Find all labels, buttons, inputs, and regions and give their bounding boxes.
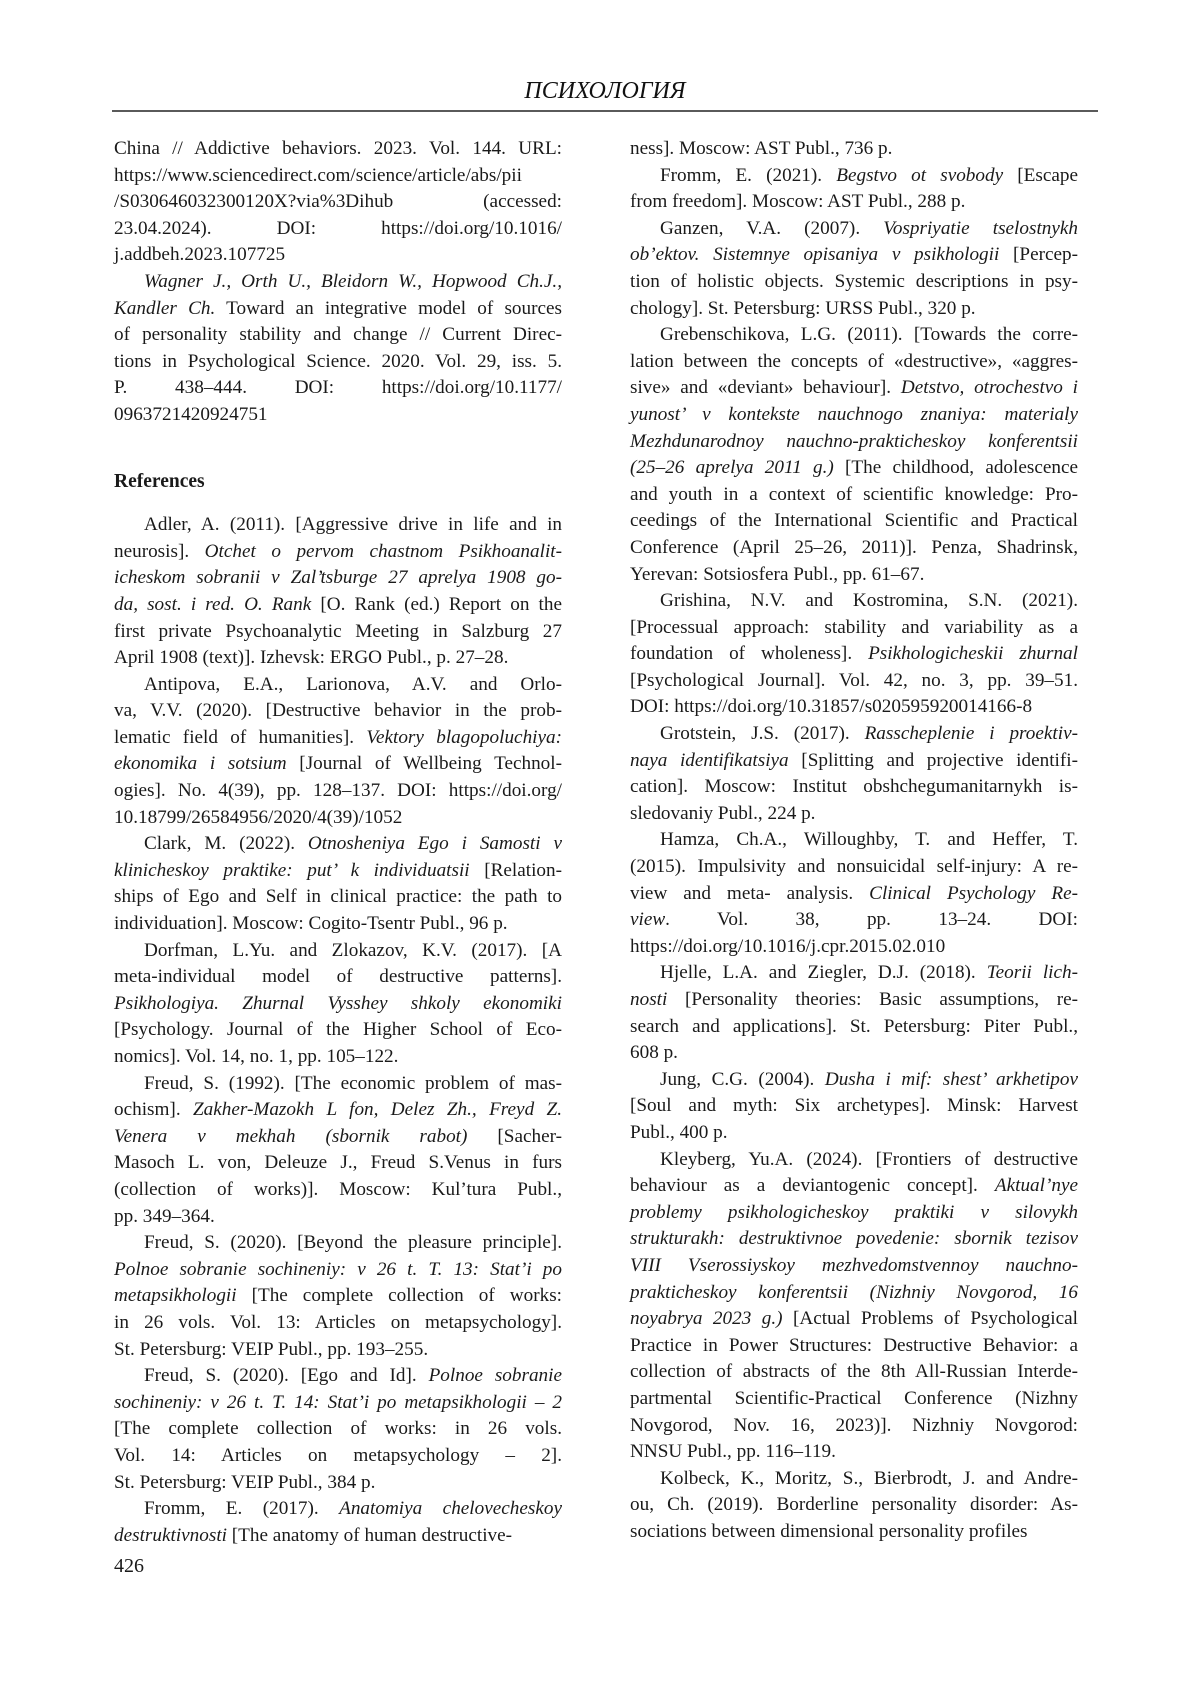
reference-text: Novgorod, Nov. 16, 2023)]. Nizhniy Novgo… (630, 1415, 1078, 1436)
italic-title-text: view (630, 909, 665, 930)
reference-line: Jung, C.G. (2004). Dusha i mif: shest’ a… (630, 1067, 1078, 1094)
reference-line: metapsikhologii [The complete collection… (114, 1283, 562, 1310)
reference-line: Freud, S. (2020). [Beyond the pleasure p… (114, 1230, 562, 1257)
right-column: ness]. Moscow: AST Publ., 736 p.Fromm, E… (630, 136, 1078, 1545)
reference-entry: Grishina, N.V. and Kostromina, S.N. (202… (630, 588, 1078, 721)
reference-line: search and applications]. St. Petersburg… (630, 1014, 1078, 1041)
reference-text: Fromm, E. (2021). (660, 165, 836, 186)
reference-line: cation]. Moscow: Institut obshchegumanit… (630, 774, 1078, 801)
reference-line: St. Petersburg: VEIP Publ., pp. 193–255. (114, 1337, 562, 1364)
reference-line: Masoch L. von, Deleuze J., Freud S.Venus… (114, 1150, 562, 1177)
reference-text: /S030646032300120X?via%3Dihub (accessed: (114, 191, 562, 212)
italic-title-text: Venera v mekhah (sbornik rabot) (114, 1126, 467, 1147)
references-list-left: Adler, A. (2011). [Aggressive drive in l… (114, 512, 562, 1549)
reference-text: search and applications]. St. Petersburg… (630, 1016, 1078, 1037)
reference-text: (2015). Impulsivity and nonsuicidal self… (630, 856, 1078, 877)
reference-text: St. Petersburg: VEIP Publ., pp. 193–255. (114, 1339, 428, 1360)
reference-line: view. Vol. 38, pp. 13–24. DOI: (630, 907, 1078, 934)
reference-line: 608 p. (630, 1040, 1078, 1067)
italic-title-text: VIII Vserossiyskoy mezhvedomstvennoy nau… (630, 1255, 1078, 1276)
reference-text: foundation of wholeness]. (630, 643, 868, 664)
reference-text: j.addbeh.2023.107725 (114, 244, 285, 265)
reference-line: Dorfman, L.Yu. and Zlokazov, K.V. (2017)… (114, 938, 562, 965)
italic-title-text: yunost’ v kontekste nauchnogo znaniya: m… (630, 404, 1078, 425)
reference-text: Toward an integrative model of sources (215, 298, 562, 319)
reference-text: lation between the concepts of «destruct… (630, 351, 1078, 372)
reference-line: collection of abstracts of the 8th All-R… (630, 1359, 1078, 1386)
reference-text: Ganzen, V.A. (2007). (660, 218, 883, 239)
reference-line: Practice in Power Structures: Destructiv… (630, 1333, 1078, 1360)
reference-text: neurosis]. (114, 541, 205, 562)
italic-title-text: Mezhdunarodnoy nauchno-prakticheskoy kon… (630, 431, 1078, 452)
italic-title-text: Psikhologicheskii zhurnal (868, 643, 1078, 664)
reference-text: [Journal of Wellbeing Technol- (287, 753, 562, 774)
reference-text: of personality stability and change // C… (114, 324, 562, 345)
italic-title-text: klinicheskoy praktike: put’ k individuat… (114, 860, 470, 881)
reference-line: Polnoe sobranie sochineniy: v 26 t. T. 1… (114, 1257, 562, 1284)
reference-line: 0963721420924751 (114, 402, 562, 429)
reference-text: St. Petersburg: VEIP Publ., 384 p. (114, 1472, 375, 1493)
reference-text: NNSU Publ., pp. 116–119. (630, 1441, 836, 1462)
italic-title-text: Rasscheplenie i proektiv- (865, 723, 1078, 744)
reference-line: ou, Ch. (2019). Borderline personality d… (630, 1492, 1078, 1519)
reference-text: Clark, M. (2022). (144, 833, 308, 854)
reference-entry: Fromm, E. (2021). Begstvo ot svobody [Es… (630, 163, 1078, 216)
reference-text: in 26 vols. Vol. 13: Articles on metapsy… (114, 1312, 562, 1333)
reference-text: individuation]. Moscow: Cogito-Tsentr Pu… (114, 913, 508, 934)
reference-entry: Adler, A. (2011). [Aggressive drive in l… (114, 512, 562, 672)
reference-line: April 1908 (text)]. Izhevsk: ERGO Publ.,… (114, 645, 562, 672)
reference-line: yunost’ v kontekste nauchnogo znaniya: m… (630, 402, 1078, 429)
reference-entry: Fromm, E. (2017). Anatomiya chelovechesk… (114, 1496, 562, 1549)
reference-line: noyabrya 2023 g.) [Actual Problems of Ps… (630, 1306, 1078, 1333)
reference-text: [The anatomy of human destructive- (227, 1525, 512, 1546)
reference-line: ekonomika i sotsium [Journal of Wellbein… (114, 751, 562, 778)
reference-text: Jung, C.G. (2004). (660, 1069, 825, 1090)
reference-line: [The complete collection of works: in 26… (114, 1416, 562, 1443)
reference-line: 10.18799/26584956/2020/4(39)/1052 (114, 805, 562, 832)
italic-title-text: ekonomika i sotsium (114, 753, 287, 774)
page-number: 426 (114, 1555, 144, 1578)
reference-entry: Antipova, E.A., Larionova, A.V. and Orlo… (114, 672, 562, 832)
reference-text: Conference (April 25–26, 2011)]. Penza, … (630, 537, 1078, 558)
reference-line: view and meta- analysis. Clinical Psycho… (630, 881, 1078, 908)
reference-line: Publ., 400 p. (630, 1120, 1078, 1147)
reference-line: ness]. Moscow: AST Publ., 736 p. (630, 136, 1078, 163)
reference-line: [Psychology. Journal of the Higher Schoo… (114, 1017, 562, 1044)
reference-text: [Personality theories: Basic assumptions… (667, 989, 1078, 1010)
reference-text: [Processual approach: stability and vari… (630, 617, 1078, 638)
italic-title-text: naya identifikatsiya (630, 750, 789, 771)
italic-title-text: prakticheskoy konferentsii (Nizhniy Novg… (630, 1282, 1078, 1303)
italic-title-text: Detstvo, otrochestvo i (901, 377, 1078, 398)
reference-text: [Sacher- (467, 1126, 562, 1147)
reference-entry: Freud, S. (2020). [Beyond the pleasure p… (114, 1230, 562, 1363)
reference-text: [The complete collection of works: (237, 1285, 562, 1306)
reference-line: (25–26 aprelya 2011 g.) [The childhood, … (630, 455, 1078, 482)
reference-line: of personality stability and change // C… (114, 322, 562, 349)
reference-line: Kolbeck, K., Moritz, S., Bierbrodt, J. a… (630, 1466, 1078, 1493)
reference-entry: ness]. Moscow: AST Publ., 736 p. (630, 136, 1078, 163)
italic-title-text: metapsikhologii (114, 1285, 237, 1306)
references-list-right: ness]. Moscow: AST Publ., 736 p.Fromm, E… (630, 136, 1078, 1545)
reference-text: 608 p. (630, 1042, 678, 1063)
italic-title-text: Begstvo ot svobody (836, 165, 1003, 186)
reference-line: Adler, A. (2011). [Aggressive drive in l… (114, 512, 562, 539)
reference-text: ships of Ego and Self in clinical practi… (114, 886, 562, 907)
reference-text: [Soul and myth: Six archetypes]. Minsk: … (630, 1095, 1078, 1116)
reference-line: VIII Vserossiyskoy mezhvedomstvennoy nau… (630, 1253, 1078, 1280)
italic-title-text: Zakher-Mazokh L fon, Delez Zh., Freyd Z. (193, 1099, 562, 1120)
reference-line: lation between the concepts of «destruct… (630, 349, 1078, 376)
reference-line: destruktivnosti [The anatomy of human de… (114, 1523, 562, 1550)
reference-text: tion of holistic objects. Systemic descr… (630, 271, 1078, 292)
reference-line: (collection of works)]. Moscow: Kul’tura… (114, 1177, 562, 1204)
reference-line: sledovaniy Publ., 224 p. (630, 801, 1078, 828)
reference-line: Grebenschikova, L.G. (2011). [Towards th… (630, 322, 1078, 349)
reference-line: ob’ektov. Sistemnye opisaniya v psikholo… (630, 242, 1078, 269)
reference-line: chology]. St. Petersburg: URSS Publ., 32… (630, 296, 1078, 323)
reference-line: Yerevan: Sotsiosfera Publ., pp. 61–67. (630, 562, 1078, 589)
reference-line: da, sost. i red. O. Rank [O. Rank (ed.) … (114, 592, 562, 619)
reference-text: . Vol. 38, pp. 13–24. DOI: (665, 909, 1078, 930)
reference-text: ceedings of the International Scientific… (630, 510, 1078, 531)
reference-text: partmental Scientific-Practical Conferen… (630, 1388, 1078, 1409)
reference-text: chology]. St. Petersburg: URSS Publ., 32… (630, 298, 976, 319)
reference-line: [Psychological Journal]. Vol. 42, no. 3,… (630, 668, 1078, 695)
reference-text: Hjelle, L.A. and Ziegler, D.J. (2018). (660, 962, 987, 983)
italic-title-text: Polnoe sobranie sochineniy: v 26 t. T. 1… (114, 1259, 562, 1280)
reference-text: Freud, S. (2020). [Ego and Id]. (144, 1365, 429, 1386)
reference-line: Vol. 14: Articles on metapsychology – 2]… (114, 1443, 562, 1470)
header-rule (112, 110, 1098, 112)
reference-text: (collection of works)]. Moscow: Kul’tura… (114, 1179, 562, 1200)
italic-title-text: nosti (630, 989, 667, 1010)
italic-title-text: Vektory blagopoluchiya: (366, 727, 562, 748)
reference-line: DOI: https://doi.org/10.31857/s020595920… (630, 694, 1078, 721)
reference-line: Hjelle, L.A. and Ziegler, D.J. (2018). T… (630, 960, 1078, 987)
reference-line: Venera v mekhah (sbornik rabot) [Sacher- (114, 1124, 562, 1151)
italic-title-text: Otnosheniya Ego i Samosti v (308, 833, 562, 854)
reference-entry: Hjelle, L.A. and Ziegler, D.J. (2018). T… (630, 960, 1078, 1066)
reference-text: sociations between dimensional personali… (630, 1521, 1028, 1542)
reference-line: problemy psikhologicheskoy praktiki v si… (630, 1200, 1078, 1227)
reference-text: collection of abstracts of the 8th All-R… (630, 1361, 1078, 1382)
reference-text: sive» and «deviant» behaviour]. (630, 377, 901, 398)
reference-text: Dorfman, L.Yu. and Zlokazov, K.V. (2017)… (144, 940, 562, 961)
reference-line: lematic field of humanities]. Vektory bl… (114, 725, 562, 752)
italic-title-text: Psikhologiya. Zhurnal Vysshey shkoly eko… (114, 993, 562, 1014)
reference-text: ness]. Moscow: AST Publ., 736 p. (630, 138, 892, 159)
italic-title-text: destruktivnosti (114, 1525, 227, 1546)
italic-title-text: Anatomiya chelovecheskoy (339, 1498, 562, 1519)
reference-text: pp. 349–364. (114, 1206, 215, 1227)
reference-text: tions in Psychological Science. 2020. Vo… (114, 351, 562, 372)
italic-title-text: Kandler Ch. (114, 298, 215, 319)
reference-line: Hamza, Ch.A., Willoughby, T. and Heffer,… (630, 827, 1078, 854)
reference-line: Freud, S. (2020). [Ego and Id]. Polnoe s… (114, 1363, 562, 1390)
reference-line: Grishina, N.V. and Kostromina, S.N. (202… (630, 588, 1078, 615)
reference-text: [Actual Problems of Psychological (783, 1308, 1078, 1329)
reference-entry: Freud, S. (2020). [Ego and Id]. Polnoe s… (114, 1363, 562, 1496)
reference-line: Grotstein, J.S. (2017). Rasscheplenie i … (630, 721, 1078, 748)
italic-title-text: problemy psikhologicheskoy praktiki v si… (630, 1202, 1078, 1223)
reference-text: Freud, S. (2020). [Beyond the pleasure p… (144, 1232, 562, 1253)
reference-text: Grishina, N.V. and Kostromina, S.N. (202… (660, 590, 1078, 611)
reference-text: [Escape (1003, 165, 1078, 186)
reference-text: [Splitting and projective identifi- (789, 750, 1078, 771)
reference-text: [Psychology. Journal of the Higher Schoo… (114, 1019, 562, 1040)
reference-line: j.addbeh.2023.107725 (114, 242, 562, 269)
reference-text: [The childhood, adolescence (834, 457, 1078, 478)
reference-line: https://www.sciencedirect.com/science/ar… (114, 163, 562, 190)
reference-line: prakticheskoy konferentsii (Nizhniy Novg… (630, 1280, 1078, 1307)
reference-line: va, V.V. (2020). [Destructive behavior i… (114, 698, 562, 725)
reference-line: nomics]. Vol. 14, no. 1, pp. 105–122. (114, 1044, 562, 1071)
reference-text: [Relation- (470, 860, 562, 881)
reference-line: Mezhdunarodnoy nauchno-prakticheskoy kon… (630, 429, 1078, 456)
reference-text: https://www.sciencedirect.com/science/ar… (114, 165, 522, 186)
reference-text: Yerevan: Sotsiosfera Publ., pp. 61–67. (630, 564, 924, 585)
reference-text: Hamza, Ch.A., Willoughby, T. and Heffer,… (660, 829, 1078, 850)
italic-title-text: Teorii lich- (987, 962, 1078, 983)
reference-text: 23.04.2024). DOI: https://doi.org/10.101… (114, 218, 562, 239)
reference-line: meta-individual model of destructive pat… (114, 964, 562, 991)
italic-title-text: strukturakh: destruktivnoe povedenie: sb… (630, 1228, 1078, 1249)
reference-line: strukturakh: destruktivnoe povedenie: sb… (630, 1226, 1078, 1253)
italic-title-text: sochineniy: v 26 t. T. 14: Stat’i po met… (114, 1392, 562, 1413)
italic-title-text: ob’ektov. Sistemnye opisaniya v psikholo… (630, 244, 999, 265)
reference-entry: Grotstein, J.S. (2017). Rasscheplenie i … (630, 721, 1078, 827)
reference-text: [Percep- (999, 244, 1078, 265)
reference-entry: Ganzen, V.A. (2007). Vospriyatie tselost… (630, 216, 1078, 322)
reference-entry: Freud, S. (1992). [The economic problem … (114, 1071, 562, 1231)
reference-text: Kolbeck, K., Moritz, S., Bierbrodt, J. a… (660, 1468, 1078, 1489)
reference-text: first private Psychoanalytic Meeting in … (114, 621, 562, 642)
reference-text: China // Addictive behaviors. 2023. Vol.… (114, 138, 562, 159)
italic-title-text: Otchet o pervom chastnom Psikhoanalit- (205, 541, 562, 562)
reference-line: pp. 349–364. (114, 1204, 562, 1231)
reference-line: icheskom sobranii v Zal’tsburge 27 aprel… (114, 565, 562, 592)
reference-text: Publ., 400 p. (630, 1122, 728, 1143)
reference-text: ochism]. (114, 1099, 193, 1120)
reference-line: /S030646032300120X?via%3Dihub (accessed: (114, 189, 562, 216)
reference-line: Novgorod, Nov. 16, 2023)]. Nizhniy Novgo… (630, 1413, 1078, 1440)
references-heading: References (114, 469, 562, 496)
reference-line: (2015). Impulsivity and nonsuicidal self… (630, 854, 1078, 881)
reference-line: ochism]. Zakher-Mazokh L fon, Delez Zh.,… (114, 1097, 562, 1124)
reference-entry: Clark, M. (2022). Otnosheniya Ego i Samo… (114, 831, 562, 937)
italic-title-text: Polnoe sobranie (429, 1365, 562, 1386)
reference-text: 0963721420924751 (114, 404, 268, 425)
reference-line: https://doi.org/10.1016/j.cpr.2015.02.01… (630, 934, 1078, 961)
reference-line: tions in Psychological Science. 2020. Vo… (114, 349, 562, 376)
reference-text: va, V.V. (2020). [Destructive behavior i… (114, 700, 562, 721)
reference-line: sociations between dimensional personali… (630, 1519, 1078, 1546)
reference-line: individuation]. Moscow: Cogito-Tsentr Pu… (114, 911, 562, 938)
reference-entry-wagner: Wagner J., Orth U., Bleidorn W., Hopwood… (114, 269, 562, 429)
reference-entry: Dorfman, L.Yu. and Zlokazov, K.V. (2017)… (114, 938, 562, 1071)
reference-text: Kleyberg, Yu.A. (2024). [Frontiers of de… (660, 1149, 1078, 1170)
reference-entry: Jung, C.G. (2004). Dusha i mif: shest’ a… (630, 1067, 1078, 1147)
reference-text: 10.18799/26584956/2020/4(39)/1052 (114, 807, 402, 828)
italic-title-text: noyabrya 2023 g.) (630, 1308, 783, 1329)
reference-line: klinicheskoy praktike: put’ k individuat… (114, 858, 562, 885)
running-head-title: ПСИХОЛОГИЯ (112, 78, 1098, 105)
reference-line: partmental Scientific-Practical Conferen… (630, 1386, 1078, 1413)
italic-title-text: Wagner J., Orth U., Bleidorn W., Hopwood… (144, 271, 562, 292)
spacer (114, 495, 562, 512)
reference-line: Freud, S. (1992). [The economic problem … (114, 1071, 562, 1098)
reference-entry: Kleyberg, Yu.A. (2024). [Frontiers of de… (630, 1147, 1078, 1466)
reference-line: Kandler Ch. Toward an integrative model … (114, 296, 562, 323)
reference-line: behaviour as a deviantogenic concept]. A… (630, 1173, 1078, 1200)
reference-line: NNSU Publ., pp. 116–119. (630, 1439, 1078, 1466)
italic-title-text: Aktual’nye (995, 1175, 1078, 1196)
continued-reference-entry: China // Addictive behaviors. 2023. Vol.… (114, 136, 562, 269)
reference-line: tion of holistic objects. Systemic descr… (630, 269, 1078, 296)
reference-text: view and meta- analysis. (630, 883, 869, 904)
reference-line: Ganzen, V.A. (2007). Vospriyatie tselost… (630, 216, 1078, 243)
left-column: China // Addictive behaviors. 2023. Vol.… (114, 136, 562, 1549)
reference-text: nomics]. Vol. 14, no. 1, pp. 105–122. (114, 1046, 398, 1067)
reference-line: Fromm, E. (2021). Begstvo ot svobody [Es… (630, 163, 1078, 190)
reference-text: Grotstein, J.S. (2017). (660, 723, 865, 744)
reference-line: nosti [Personality theories: Basic assum… (630, 987, 1078, 1014)
reference-text: Adler, A. (2011). [Aggressive drive in l… (144, 514, 562, 535)
reference-line: ceedings of the International Scientific… (630, 508, 1078, 535)
reference-text: Masoch L. von, Deleuze J., Freud S.Venus… (114, 1152, 562, 1173)
reference-text: April 1908 (text)]. Izhevsk: ERGO Publ.,… (114, 647, 508, 668)
reference-text: meta-individual model of destructive pat… (114, 966, 562, 987)
reference-line: in 26 vols. Vol. 13: Articles on metapsy… (114, 1310, 562, 1337)
reference-entry: Hamza, Ch.A., Willoughby, T. and Heffer,… (630, 827, 1078, 960)
reference-text: lematic field of humanities]. (114, 727, 366, 748)
italic-title-text: Vospriyatie tselostnykh (883, 218, 1078, 239)
italic-title-text: Dusha i mif: shest’ arkhetipov (825, 1069, 1078, 1090)
reference-line: [Soul and myth: Six archetypes]. Minsk: … (630, 1093, 1078, 1120)
reference-entry: Grebenschikova, L.G. (2011). [Towards th… (630, 322, 1078, 588)
reference-line: sochineniy: v 26 t. T. 14: Stat’i po met… (114, 1390, 562, 1417)
reference-text: Antipova, E.A., Larionova, A.V. and Orlo… (144, 674, 562, 695)
reference-line: Antipova, E.A., Larionova, A.V. and Orlo… (114, 672, 562, 699)
reference-line: 23.04.2024). DOI: https://doi.org/10.101… (114, 216, 562, 243)
reference-entry: Kolbeck, K., Moritz, S., Bierbrodt, J. a… (630, 1466, 1078, 1546)
italic-title-text: icheskom sobranii v Zal’tsburge 27 aprel… (114, 567, 562, 588)
reference-line: China // Addictive behaviors. 2023. Vol.… (114, 136, 562, 163)
spacer (114, 429, 562, 469)
reference-text: [O. Rank (ed.) Report on the (311, 594, 562, 615)
reference-line: Clark, M. (2022). Otnosheniya Ego i Samo… (114, 831, 562, 858)
reference-text: from freedom]. Moscow: AST Publ., 288 p. (630, 191, 965, 212)
reference-text: [The complete collection of works: in 26… (114, 1418, 562, 1439)
reference-line: [Processual approach: stability and vari… (630, 615, 1078, 642)
reference-text: P. 438–444. DOI: https://doi.org/10.1177… (114, 377, 562, 398)
reference-line: from freedom]. Moscow: AST Publ., 288 p. (630, 189, 1078, 216)
reference-line: Wagner J., Orth U., Bleidorn W., Hopwood… (114, 269, 562, 296)
reference-text: and youth in a context of scientific kno… (630, 484, 1078, 505)
reference-text: cation]. Moscow: Institut obshchegumanit… (630, 776, 1078, 797)
reference-line: Psikhologiya. Zhurnal Vysshey shkoly eko… (114, 991, 562, 1018)
reference-text: Vol. 14: Articles on metapsychology – 2]… (114, 1445, 562, 1466)
reference-text: ogies]. No. 4(39), pp. 128–137. DOI: htt… (114, 780, 562, 801)
reference-line: Fromm, E. (2017). Anatomiya chelovechesk… (114, 1496, 562, 1523)
reference-line: ogies]. No. 4(39), pp. 128–137. DOI: htt… (114, 778, 562, 805)
italic-title-text: (25–26 aprelya 2011 g.) (630, 457, 834, 478)
reference-text: Freud, S. (1992). [The economic problem … (144, 1073, 562, 1094)
reference-text: DOI: https://doi.org/10.31857/s020595920… (630, 696, 1032, 717)
italic-title-text: Clinical Psychology Re- (869, 883, 1078, 904)
reference-line: neurosis]. Otchet o pervom chastnom Psik… (114, 539, 562, 566)
reference-line: and youth in a context of scientific kno… (630, 482, 1078, 509)
reference-line: Conference (April 25–26, 2011)]. Penza, … (630, 535, 1078, 562)
reference-line: first private Psychoanalytic Meeting in … (114, 619, 562, 646)
reference-line: Kleyberg, Yu.A. (2024). [Frontiers of de… (630, 1147, 1078, 1174)
reference-line: foundation of wholeness]. Psikhologiches… (630, 641, 1078, 668)
reference-text: Grebenschikova, L.G. (2011). [Towards th… (660, 324, 1078, 345)
reference-text: https://doi.org/10.1016/j.cpr.2015.02.01… (630, 936, 945, 957)
reference-line: sive» and «deviant» behaviour]. Detstvo,… (630, 375, 1078, 402)
reference-text: behaviour as a deviantogenic concept]. (630, 1175, 995, 1196)
reference-text: Fromm, E. (2017). (144, 1498, 339, 1519)
reference-text: Practice in Power Structures: Destructiv… (630, 1335, 1078, 1356)
italic-title-text: da, sost. i red. O. Rank (114, 594, 311, 615)
reference-line: naya identifikatsiya [Splitting and proj… (630, 748, 1078, 775)
reference-line: ships of Ego and Self in clinical practi… (114, 884, 562, 911)
reference-line: St. Petersburg: VEIP Publ., 384 p. (114, 1470, 562, 1497)
reference-line: P. 438–444. DOI: https://doi.org/10.1177… (114, 375, 562, 402)
reference-text: sledovaniy Publ., 224 p. (630, 803, 815, 824)
reference-text: [Psychological Journal]. Vol. 42, no. 3,… (630, 670, 1078, 691)
reference-text: ou, Ch. (2019). Borderline personality d… (630, 1494, 1078, 1515)
